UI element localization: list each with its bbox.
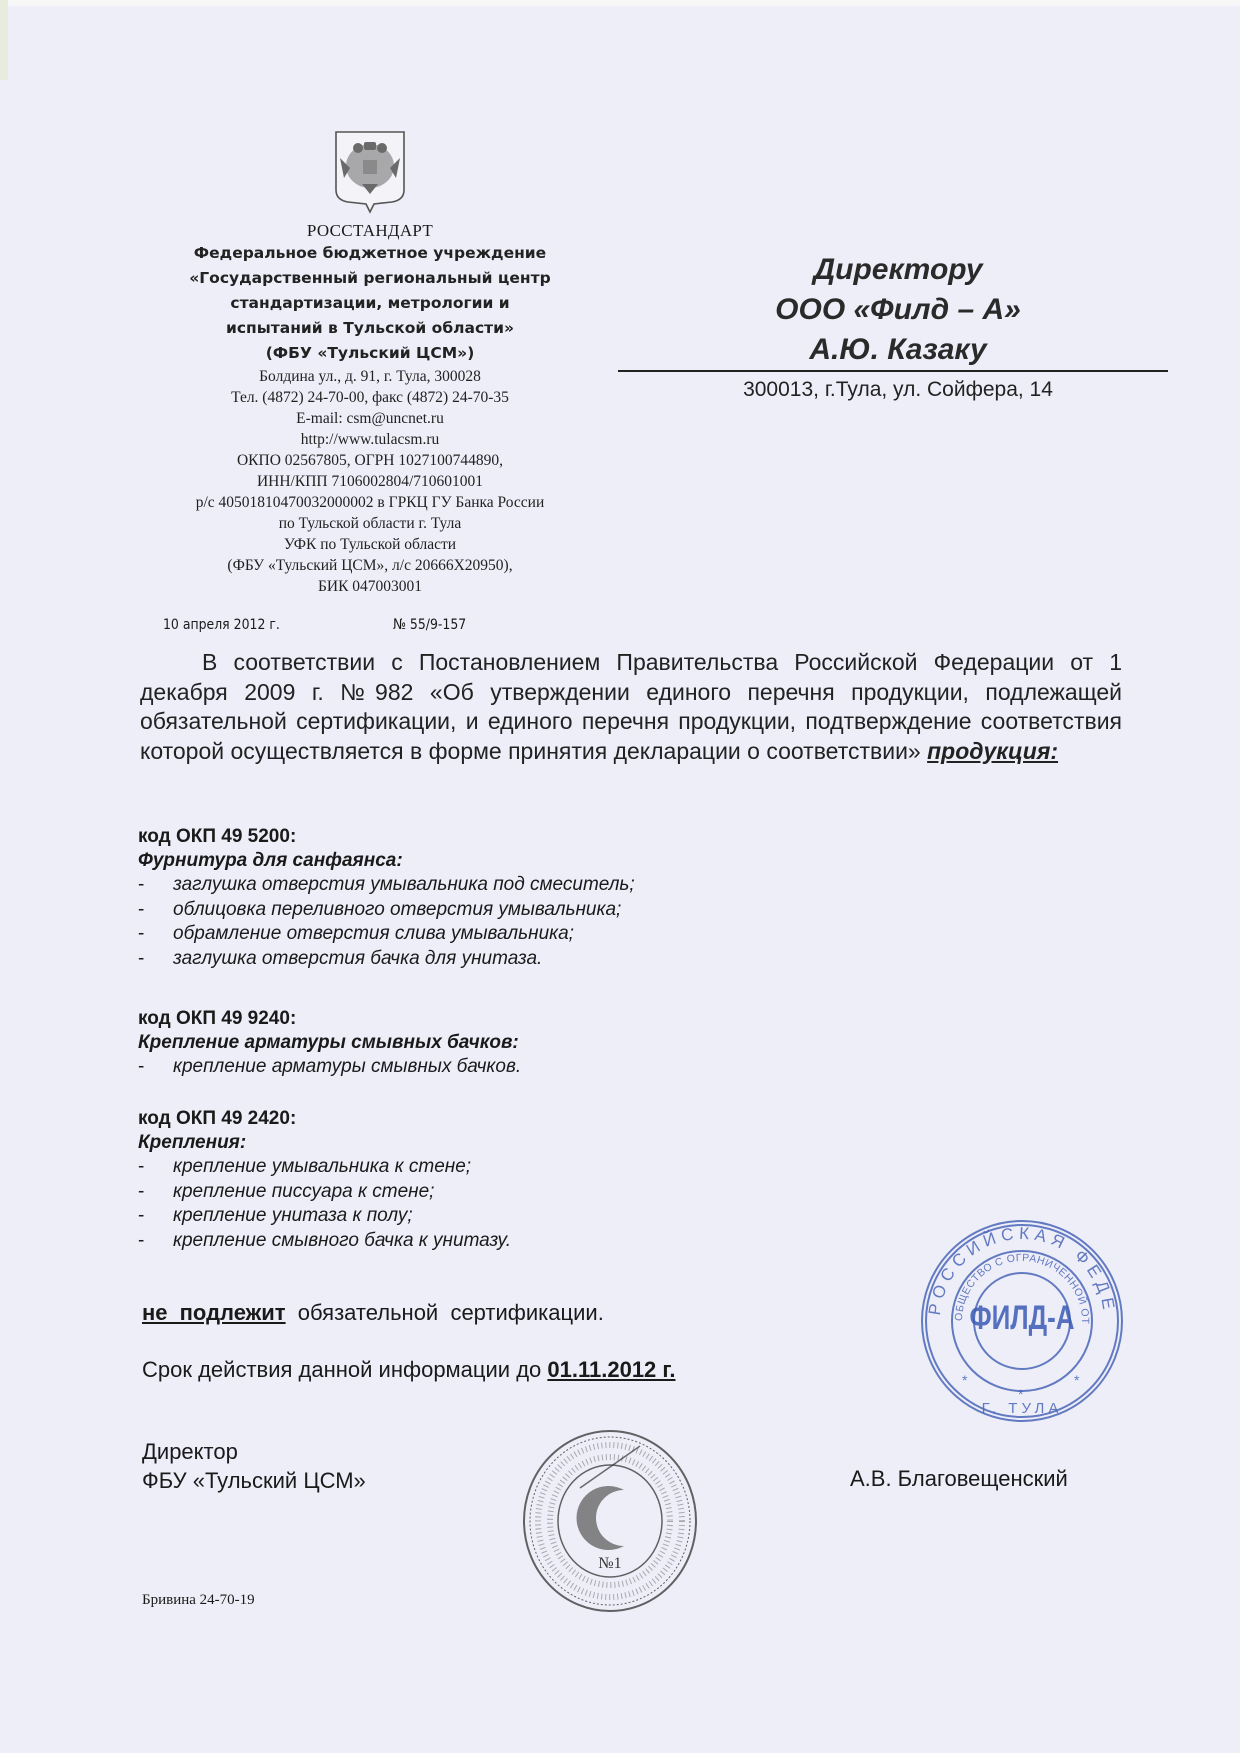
svg-text:ФИЛД-А: ФИЛД-А: [969, 1300, 1074, 1337]
coat-of-arms-icon: [330, 128, 410, 216]
okpo-line: ОКПО 02567805, ОГРН 1027100744890,: [160, 450, 580, 471]
letterhead: РОССТАНДАРТ Федеральное бюджетное учрежд…: [160, 128, 580, 597]
okp-code: код ОКП 49 5200:: [138, 825, 938, 849]
list-item: -крепление унитаза к полу;: [138, 1204, 938, 1229]
organization-name: Федеральное бюджетное учреждение «Госуда…: [160, 241, 580, 366]
csm-stamp-icon: №1: [520, 1428, 700, 1619]
list-item: -заглушка отверстия умывальника под смес…: [138, 873, 938, 898]
okp-code: код ОКП 49 2420:: [138, 1107, 938, 1131]
section-title: Фурнитура для санфаянса:: [138, 849, 938, 873]
okp-code: код ОКП 49 9240:: [138, 1007, 938, 1031]
list-item: -крепление арматуры смывных бачков.: [138, 1055, 938, 1080]
org-line: испытаний в Тульской области»: [160, 316, 580, 341]
svg-text:*: *: [1018, 1386, 1024, 1402]
org-line: «Государственный региональный центр: [160, 266, 580, 291]
validity-date: 01.11.2012 г.: [547, 1357, 675, 1382]
addressee-address: 300013, г.Тула, ул. Сойфера, 14: [618, 378, 1178, 402]
svg-text:Г. ТУЛА: Г. ТУЛА: [982, 1400, 1063, 1417]
conclusion-emphasis: не подлежит: [142, 1300, 286, 1325]
list-item: -крепление писсуара к стене;: [138, 1180, 938, 1205]
address-line: Болдина ул., д. 91, г. Тула, 300028: [160, 366, 580, 387]
body-paragraph: В соответствии с Постановлением Правител…: [140, 648, 1122, 766]
bank-account-line: р/с 40501810470032000002 в ГРКЦ ГУ Банка…: [160, 492, 580, 513]
personal-account-line: (ФБУ «Тульский ЦСМ», л/с 20666Х20950),: [160, 555, 580, 576]
document-date: 10 апреля 2012 г.: [163, 617, 280, 633]
list-item: -обрамление отверстия слива умывальника;: [138, 922, 938, 947]
product-section: код ОКП 49 5200: Фурнитура для санфаянса…: [138, 825, 938, 971]
svg-text:№1: №1: [598, 1555, 621, 1572]
company-stamp-icon: РОССИЙСКАЯ ФЕДЕРАЦИЯ ОБЩЕСТВО С ОГРАНИЧЕ…: [918, 1217, 1126, 1430]
list-item: -облицовка переливного отверстия умываль…: [138, 898, 938, 923]
addressee-position: Директору: [618, 250, 1178, 290]
section-title: Крепления:: [138, 1131, 938, 1155]
conclusion-line: не подлежит обязательной сертификации.: [142, 1300, 604, 1326]
product-section: код ОКП 49 9240: Крепление арматуры смыв…: [138, 1007, 938, 1080]
email-line: E-mail: csm@uncnet.ru: [160, 408, 580, 429]
addressee-company: ООО «Филд – А»: [618, 290, 1178, 330]
signer-name: А.В. Благовещенский: [850, 1466, 1068, 1492]
signer-title: Директор ФБУ «Тульский ЦСМ»: [142, 1437, 366, 1495]
product-section: код ОКП 49 2420: Крепления: -крепление у…: [138, 1107, 938, 1253]
conclusion-text: обязательной сертификации.: [286, 1300, 604, 1325]
org-line: стандартизации, метрологии и: [160, 291, 580, 316]
svg-text:*: *: [962, 1372, 968, 1388]
svg-text:*: *: [1074, 1372, 1080, 1388]
list-item: -заглушка отверстия бачка для унитаза.: [138, 947, 938, 972]
validity-text: Срок действия данной информации до: [142, 1357, 547, 1382]
divider: [618, 370, 1168, 372]
agency-name: РОССТАНДАРТ: [160, 221, 580, 241]
bank-location-line: по Тульской области г. Тула: [160, 513, 580, 534]
ufk-line: УФК по Тульской области: [160, 534, 580, 555]
organization-details: Болдина ул., д. 91, г. Тула, 300028 Тел.…: [160, 366, 580, 597]
page-edge: [0, 0, 1240, 6]
list-item: -крепление умывальника к стене;: [138, 1155, 938, 1180]
body-emphasis: продукция:: [927, 738, 1058, 764]
addressee-block: Директору ООО «Филд – А» А.Ю. Казаку: [618, 250, 1178, 370]
section-title: Крепление арматуры смывных бачков:: [138, 1031, 938, 1055]
executor-note: Бривина 24-70-19: [142, 1592, 255, 1609]
page-edge: [0, 0, 8, 80]
inn-line: ИНН/КПП 7106002804/710601001: [160, 471, 580, 492]
signer-position: Директор: [142, 1437, 366, 1466]
website-line: http://www.tulacsm.ru: [160, 429, 580, 450]
org-line: Федеральное бюджетное учреждение: [160, 241, 580, 266]
list-item: -крепление смывного бачка к унитазу.: [138, 1229, 938, 1254]
org-line: (ФБУ «Тульский ЦСМ»): [160, 341, 580, 366]
document-number: № 55/9-157: [393, 617, 466, 633]
phone-line: Тел. (4872) 24-70-00, факс (4872) 24-70-…: [160, 387, 580, 408]
validity-line: Срок действия данной информации до 01.11…: [142, 1357, 675, 1383]
addressee-name: А.Ю. Казаку: [618, 330, 1178, 370]
bik-line: БИК 047003001: [160, 576, 580, 597]
signer-organization: ФБУ «Тульский ЦСМ»: [142, 1466, 366, 1495]
